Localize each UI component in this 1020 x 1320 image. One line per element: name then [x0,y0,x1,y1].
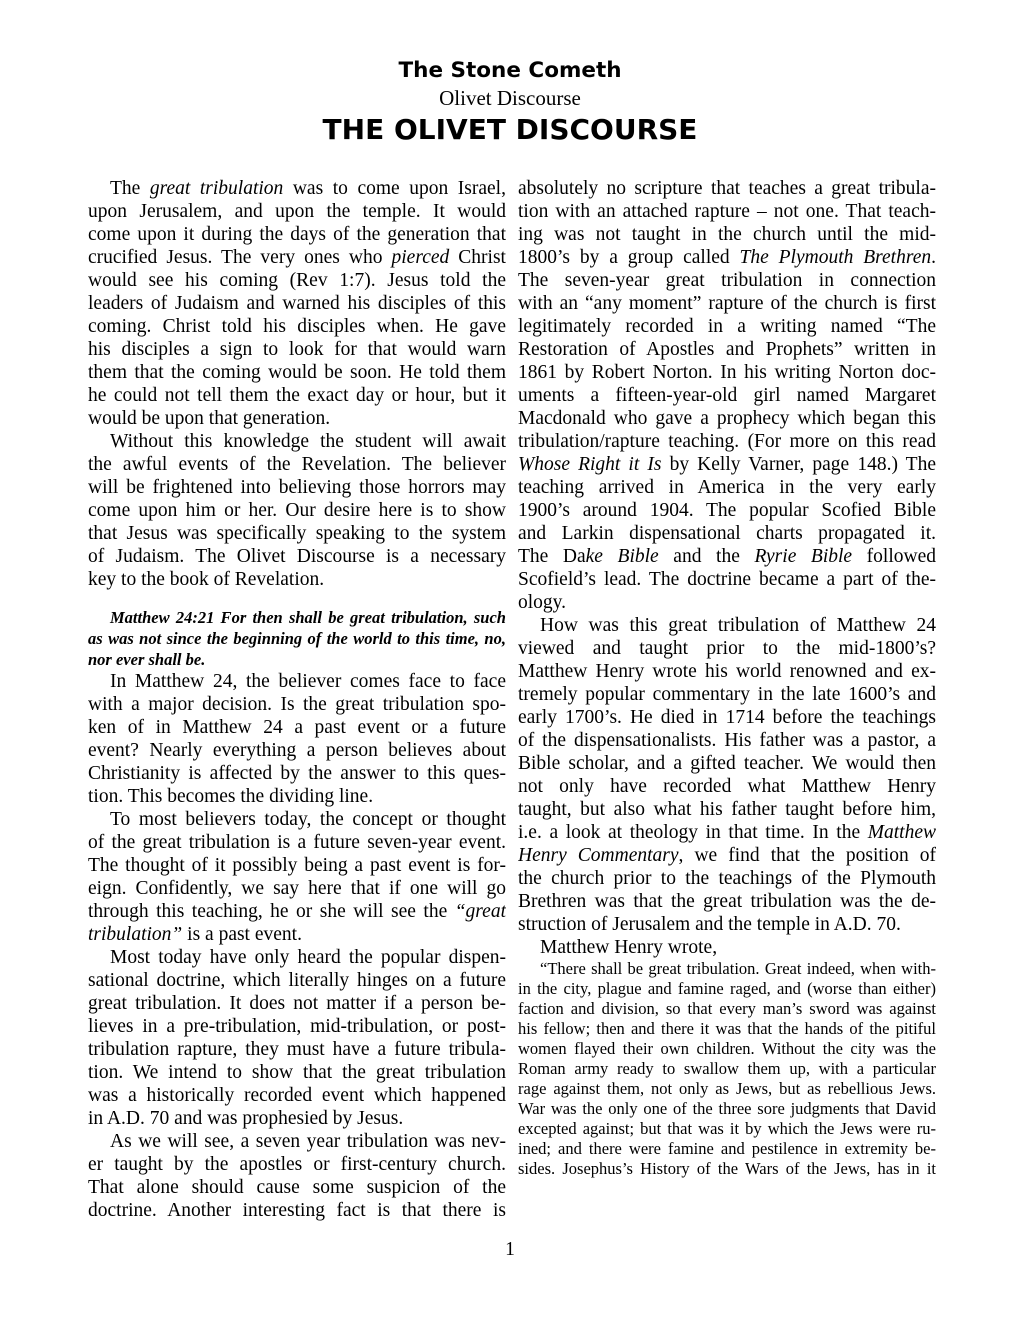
text-line: through this teaching, he or she will se… [88,900,506,923]
text-line: Matthew Henry wrote his world renowned a… [518,660,936,683]
text-line: legitimately recorded in a writing named… [518,315,936,338]
text-line: struction of Jerusalem and the temple in… [518,913,936,936]
text-line: his fellow; then and there it was that t… [518,1019,936,1039]
text-line: of the dispensationalists. His father wa… [518,729,936,752]
paragraph: absolutely no scripture that teaches a g… [518,177,936,614]
text-line: excepted against; but that was it by whi… [518,1119,936,1139]
page-number: 1 [505,1239,515,1260]
text-line: women flayed their own children. Without… [518,1039,936,1059]
text-line: faction and division, so that every man’… [518,999,936,1019]
text-line: coming. Christ told his disciples when. … [88,315,506,338]
text-line: key to the book of Revelation. [88,568,506,591]
document-page: The Stone Cometh Olivet Discourse THE OL… [0,0,1020,1320]
text-line: “There shall be great tribulation. Great… [518,959,936,979]
left-column: The great tribulation was to come upon I… [88,177,506,1222]
text-line: tribulation” is a past event. [88,923,506,946]
text-line: ken of in Matthew 24 a past event or a f… [88,716,506,739]
text-line: Restoration of Apostles and Prophets” wr… [518,338,936,361]
text-line: was a historically recorded event which … [88,1084,506,1107]
text-line: the church prior to the teachings of the… [518,867,936,890]
text-line: viewed and taught prior to the mid-1800’… [518,637,936,660]
text-line: Bible scholar, and a gifted teacher. We … [518,752,936,775]
text-line: i.e. a look at theology in that time. In… [518,821,936,844]
text-line: 1800’s by a group called The Plymouth Br… [518,246,936,269]
text-line: nor ever shall be. [88,649,506,670]
text-line: of the great tribulation is a future sev… [88,831,506,854]
text-line: not only have recorded what Matthew Henr… [518,775,936,798]
text-line: as was not since the beginning of the wo… [88,628,506,649]
paragraph: To most believers today, the concept or … [88,808,506,946]
text-line: doctrine. Another interesting fact is th… [88,1199,506,1222]
document-footer: 1 [0,1238,1020,1261]
text-line: The thought of it possibly being a past … [88,854,506,877]
text-line: As we will see, a seven year tribulation… [88,1130,506,1153]
text-line: ined; and there were famine and pestilen… [518,1139,936,1159]
text-line: To most believers today, the concept or … [88,808,506,831]
text-line: he could not tell them the exact day or … [88,384,506,407]
text-line: er taught by the apostles or first-centu… [88,1153,506,1176]
paragraph: The great tribulation was to come upon I… [88,177,506,430]
text-line: of Judaism. The Olivet Discourse is a ne… [88,545,506,568]
text-line: rage against them, not only as Jews, but… [518,1079,936,1099]
text-line: Most today have only heard the popular d… [88,946,506,969]
text-line: tion. We intend to show that the great t… [88,1061,506,1084]
text-line: come upon him or her. Our desire here is… [88,499,506,522]
text-line: that Jesus was specifically speaking to … [88,522,506,545]
text-line: in the city, plague and famine raged, an… [518,979,936,999]
text-line: his disciples a sign to look for that wo… [88,338,506,361]
text-line: will be frightened into believing those … [88,476,506,499]
text-line: ology. [518,591,936,614]
text-line: The seven-year great tribulation in conn… [518,269,936,292]
text-line: the awful events of the Revelation. The … [88,453,506,476]
text-line: Macdonald who gave a prophecy which bega… [518,407,936,430]
document-header: The Stone Cometh Olivet Discourse THE OL… [0,57,1020,147]
text-line: come upon it during the days of the gene… [88,223,506,246]
text-line: would see his coming (Rev 1:7). Jesus to… [88,269,506,292]
text-line: tribulation/rapture teaching. (For more … [518,430,936,453]
text-line: The Dake Bible and the Ryrie Bible follo… [518,545,936,568]
text-line: That alone should cause some suspicion o… [88,1176,506,1199]
text-line: teaching arrived in America in the very … [518,476,936,499]
text-line: Whose Right it Is by Kelly Varner, page … [518,453,936,476]
text-line: taught, but also what his father taught … [518,798,936,821]
text-line: 1900’s around 1904. The popular Scofied … [518,499,936,522]
text-line: with an “any moment” rapture of the chur… [518,292,936,315]
text-line: tremely popular commentary in the late 1… [518,683,936,706]
paragraph: Without this knowledge the student will … [88,430,506,591]
text-line: and Larkin dispensational charts propaga… [518,522,936,545]
two-column-text-body: The great tribulation was to come upon I… [88,177,936,1222]
paragraph: As we will see, a seven year tribulation… [88,1130,506,1222]
doc-title-small: The Stone Cometh [0,57,1020,85]
text-line: Christianity is affected by the answer t… [88,762,506,785]
paragraph: Most today have only heard the popular d… [88,946,506,1130]
text-line: with a major decision. Is the great trib… [88,693,506,716]
block-quote: “There shall be great tribulation. Great… [518,959,936,1179]
doc-title-main: THE OLIVET DISCOURSE [0,112,1020,147]
right-column: absolutely no scripture that teaches a g… [518,177,936,1222]
text-line: them that the coming would be soon. He t… [88,361,506,384]
text-line: The great tribulation was to come upon I… [88,177,506,200]
text-line: early 1700’s. He died in 1714 before the… [518,706,936,729]
text-line: ing was not taught in the church until t… [518,223,936,246]
text-line: leaders of Judaism and warned his discip… [88,292,506,315]
text-line: eign. Confidently, we say here that if o… [88,877,506,900]
text-line: How was this great tribulation of Matthe… [518,614,936,637]
text-line: great tribulation. It does not matter if… [88,992,506,1015]
text-line: Without this knowledge the student will … [88,430,506,453]
text-line: lieves in a pre-tribulation, mid-tribula… [88,1015,506,1038]
text-line: crucified Jesus. The very ones who pierc… [88,246,506,269]
text-line: would be upon that generation. [88,407,506,430]
text-line: tion. This becomes the dividing line. [88,785,506,808]
text-line: tribulation rapture, they must have a fu… [88,1038,506,1061]
text-line: sides. Josephus’s History of the Wars of… [518,1159,936,1179]
scripture-quote: Matthew 24:21 For then shall be great tr… [88,607,506,670]
text-line: Matthew 24:21 For then shall be great tr… [88,607,506,628]
text-line: event? Nearly everything a person believ… [88,739,506,762]
text-line: Brethren was that the great tribulation … [518,890,936,913]
text-line: War was the only one of the three sore j… [518,1099,936,1119]
text-line: sational doctrine, which literally hinge… [88,969,506,992]
paragraph: How was this great tribulation of Matthe… [518,614,936,936]
text-line: tion with an attached rapture – not one.… [518,200,936,223]
doc-subtitle: Olivet Discourse [0,85,1020,112]
text-line: Roman army ready to swallow them up, wit… [518,1059,936,1079]
text-line: absolutely no scripture that teaches a g… [518,177,936,200]
text-line: Henry Commentary, we find that the posit… [518,844,936,867]
paragraph: Matthew Henry wrote, [518,936,936,959]
text-line: uments a fifteen-year-old girl named Mar… [518,384,936,407]
text-line: Scofield’s lead. The doctrine became a p… [518,568,936,591]
text-line: upon Jerusalem, and upon the temple. It … [88,200,506,223]
text-line: 1861 by Robert Norton. In his writing No… [518,361,936,384]
text-line: In Matthew 24, the believer comes face t… [88,670,506,693]
text-line: Matthew Henry wrote, [518,936,936,959]
text-line: in A.D. 70 and was prophesied by Jesus. [88,1107,506,1130]
paragraph: In Matthew 24, the believer comes face t… [88,670,506,808]
